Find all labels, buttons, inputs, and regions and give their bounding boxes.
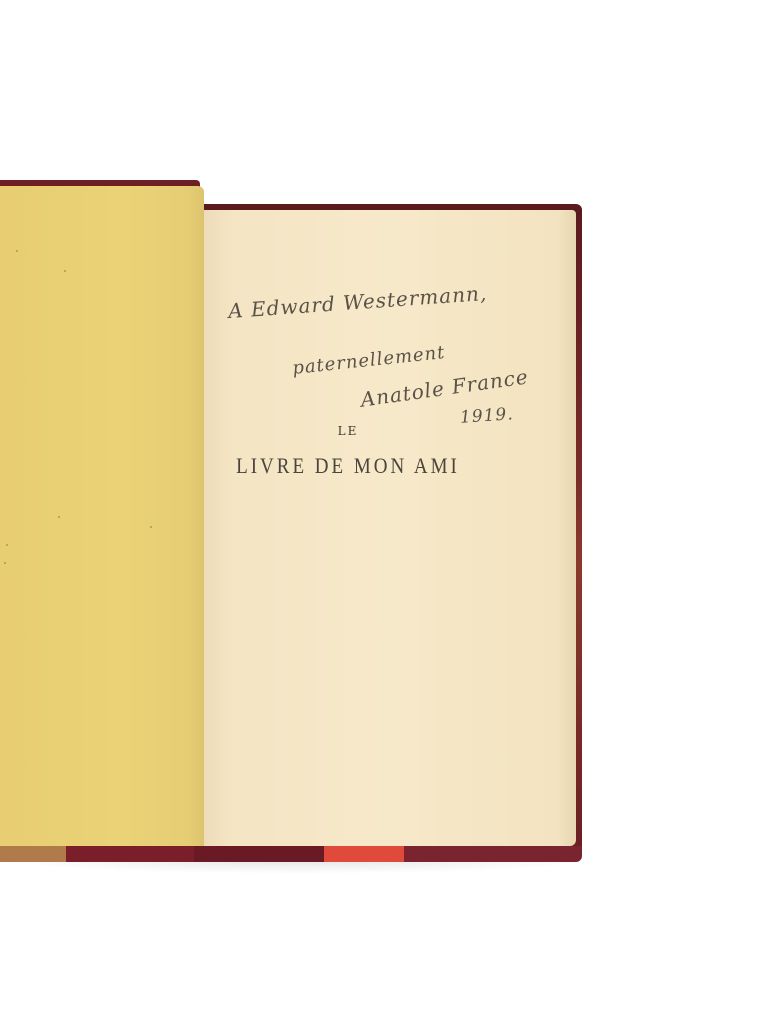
book-photo: A Edward Westermann, paternellement Anat… — [0, 0, 768, 1024]
title-article: LE — [162, 424, 534, 438]
edge-segment — [404, 846, 582, 862]
title-page: A Edward Westermann, paternellement Anat… — [204, 210, 576, 846]
left-endpaper — [0, 186, 204, 846]
edge-segment — [0, 846, 66, 862]
cover-bottom-edge — [0, 846, 582, 862]
inscription-line: A Edward Westermann, — [227, 281, 487, 323]
book-title: LIVRE DE MON AMI — [162, 454, 534, 479]
paper-speck — [58, 516, 60, 518]
edge-segment — [324, 846, 404, 862]
paper-speck — [4, 562, 6, 564]
paper-speck — [64, 270, 66, 272]
handwritten-inscription: A Edward Westermann, paternellement Anat… — [204, 210, 576, 430]
book-shadow — [0, 860, 600, 874]
edge-segment — [66, 846, 194, 862]
edge-segment — [194, 846, 324, 862]
paper-speck — [6, 544, 8, 546]
inscription-line: paternellement — [291, 342, 446, 379]
paper-speck — [16, 250, 18, 252]
paper-speck — [150, 526, 152, 528]
